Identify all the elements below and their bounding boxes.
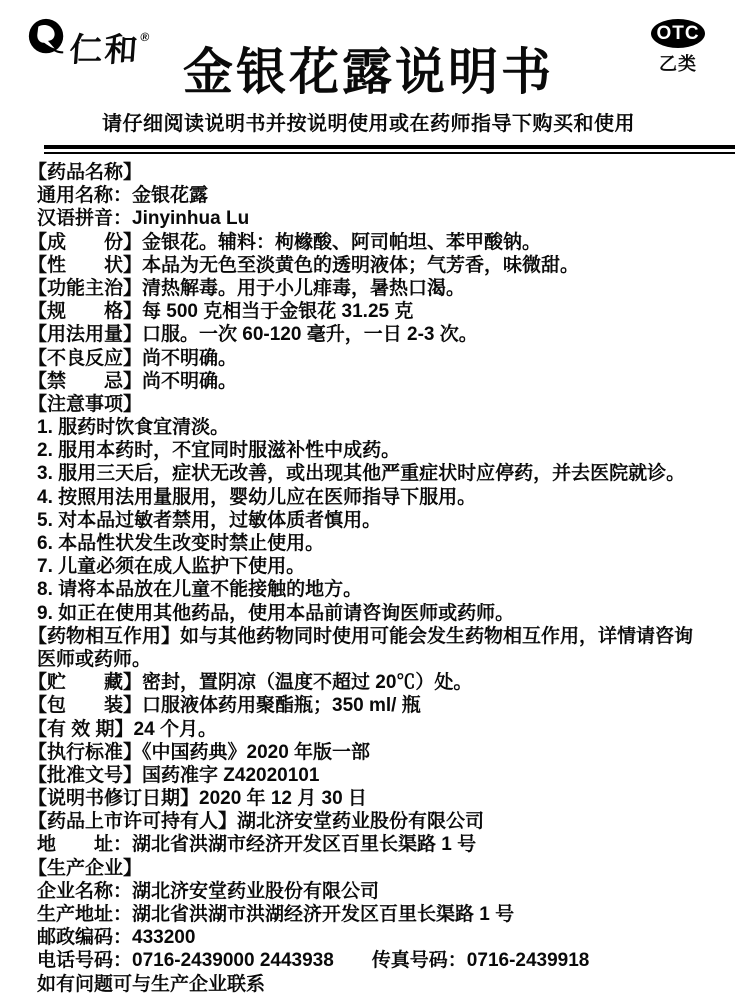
precaution-item-5: 5. 对本品过敏者禁用，过敏体质者慎用。 <box>0 509 737 532</box>
brand-name-text: 仁和 <box>68 31 141 68</box>
precaution-item-7: 7. 儿童必须在成人监护下使用。 <box>0 555 737 578</box>
revision-date: 【说明书修订日期】2020 年 12 月 30 日 <box>0 787 737 810</box>
precaution-item-6: 6. 本品性状发生改变时禁止使用。 <box>0 532 737 555</box>
generic-name: 通用名称：金银花露 <box>0 184 737 207</box>
registered-trademark-icon: ® <box>140 30 152 44</box>
executive-standard: 【执行标准】《中国药典》2020 年版一部 <box>0 741 737 764</box>
leaflet-page: 仁和® OTC 乙类 金银花露说明书 请仔细阅读说明书并按说明使用或在药师指导下… <box>0 0 737 1007</box>
ingredients: 【成 份】金银花。辅料：枸橼酸、阿司帕坦、苯甲酸钠。 <box>0 231 737 254</box>
pinyin-name: 汉语拼音：Jinyinhua Lu <box>0 207 737 230</box>
phone-fax: 电话号码：0716-2439000 2443938 传真号码：0716-2439… <box>0 949 737 972</box>
postal-code: 邮政编码：433200 <box>0 926 737 949</box>
shelf-life: 【有 效 期】24 个月。 <box>0 718 737 741</box>
contraindications: 【禁 忌】尚不明确。 <box>0 370 737 393</box>
storage: 【贮 藏】密封，置阴凉（温度不超过 20℃）处。 <box>0 671 737 694</box>
otc-class-label: 乙类 <box>649 50 707 76</box>
precaution-item-4: 4. 按照用法用量服用，婴幼儿应在医师指导下服用。 <box>0 486 737 509</box>
brand-name: 仁和® <box>68 15 153 72</box>
company-name: 企业名称：湖北济安堂药业股份有限公司 <box>0 880 737 903</box>
divider-rule <box>44 145 735 154</box>
specification: 【规 格】每 500 克相当于金银花 31.25 克 <box>0 300 737 323</box>
production-address: 生产地址：湖北省洪湖市洪湖经济开发区百里长渠路 1 号 <box>0 903 737 926</box>
precaution-item-9: 9. 如正在使用其他药品，使用本品前请咨询医师或药师。 <box>0 602 737 625</box>
packaging: 【包 装】口服液体药用聚酯瓶；350 ml/ 瓶 <box>0 694 737 717</box>
brand-logo: 仁和® <box>26 15 151 72</box>
otc-badge: OTC 乙类 <box>649 19 707 76</box>
adverse-reactions: 【不良反应】尚不明确。 <box>0 347 737 370</box>
precaution-item-3: 3. 服用三天后，症状无改善，或出现其他严重症状时应停药，并去医院就诊。 <box>0 462 737 485</box>
leaflet-header: 仁和® OTC 乙类 金银花露说明书 请仔细阅读说明书并按说明使用或在药师指导下… <box>0 0 737 154</box>
indications: 【功能主治】清热解毒。用于小儿痱毒，暑热口渴。 <box>0 277 737 300</box>
otc-oval-icon: OTC <box>651 19 705 48</box>
description: 【性 状】本品为无色至淡黄色的透明液体；气芳香，味微甜。 <box>0 254 737 277</box>
marketing-authorization-holder: 【药品上市许可持有人】湖北济安堂药业股份有限公司 <box>0 810 737 833</box>
manufacturer-heading: 【生产企业】 <box>0 857 737 880</box>
leaflet-body: 【药品名称】 通用名称：金银花露 汉语拼音：Jinyinhua Lu 【成 份】… <box>0 161 737 996</box>
section-drug-name: 【药品名称】 <box>0 161 737 184</box>
leaflet-subtitle: 请仔细阅读说明书并按说明使用或在药师指导下购买和使用 <box>0 107 737 136</box>
precaution-item-1: 1. 服药时饮食宜清淡。 <box>0 416 737 439</box>
approval-number: 【批准文号】国药准字 Z42020101 <box>0 764 737 787</box>
precaution-item-8: 8. 请将本品放在儿童不能接触的地方。 <box>0 578 737 601</box>
drug-interactions: 【药物相互作用】如与其他药物同时使用可能会发生药物相互作用，详情请咨询 <box>0 625 737 648</box>
holder-address: 地 址：湖北省洪湖市经济开发区百里长渠路 1 号 <box>0 833 737 856</box>
precautions-heading: 【注意事项】 <box>0 393 737 416</box>
precaution-item-2: 2. 服用本药时，不宜同时服滋补性中成药。 <box>0 439 737 462</box>
renhe-circle-figure-icon <box>26 17 68 59</box>
contact-note: 如有问题可与生产企业联系 <box>0 973 737 996</box>
dosage: 【用法用量】口服。一次 60-120 毫升，一日 2-3 次。 <box>0 323 737 346</box>
drug-interactions-continued: 医师或药师。 <box>0 648 737 671</box>
